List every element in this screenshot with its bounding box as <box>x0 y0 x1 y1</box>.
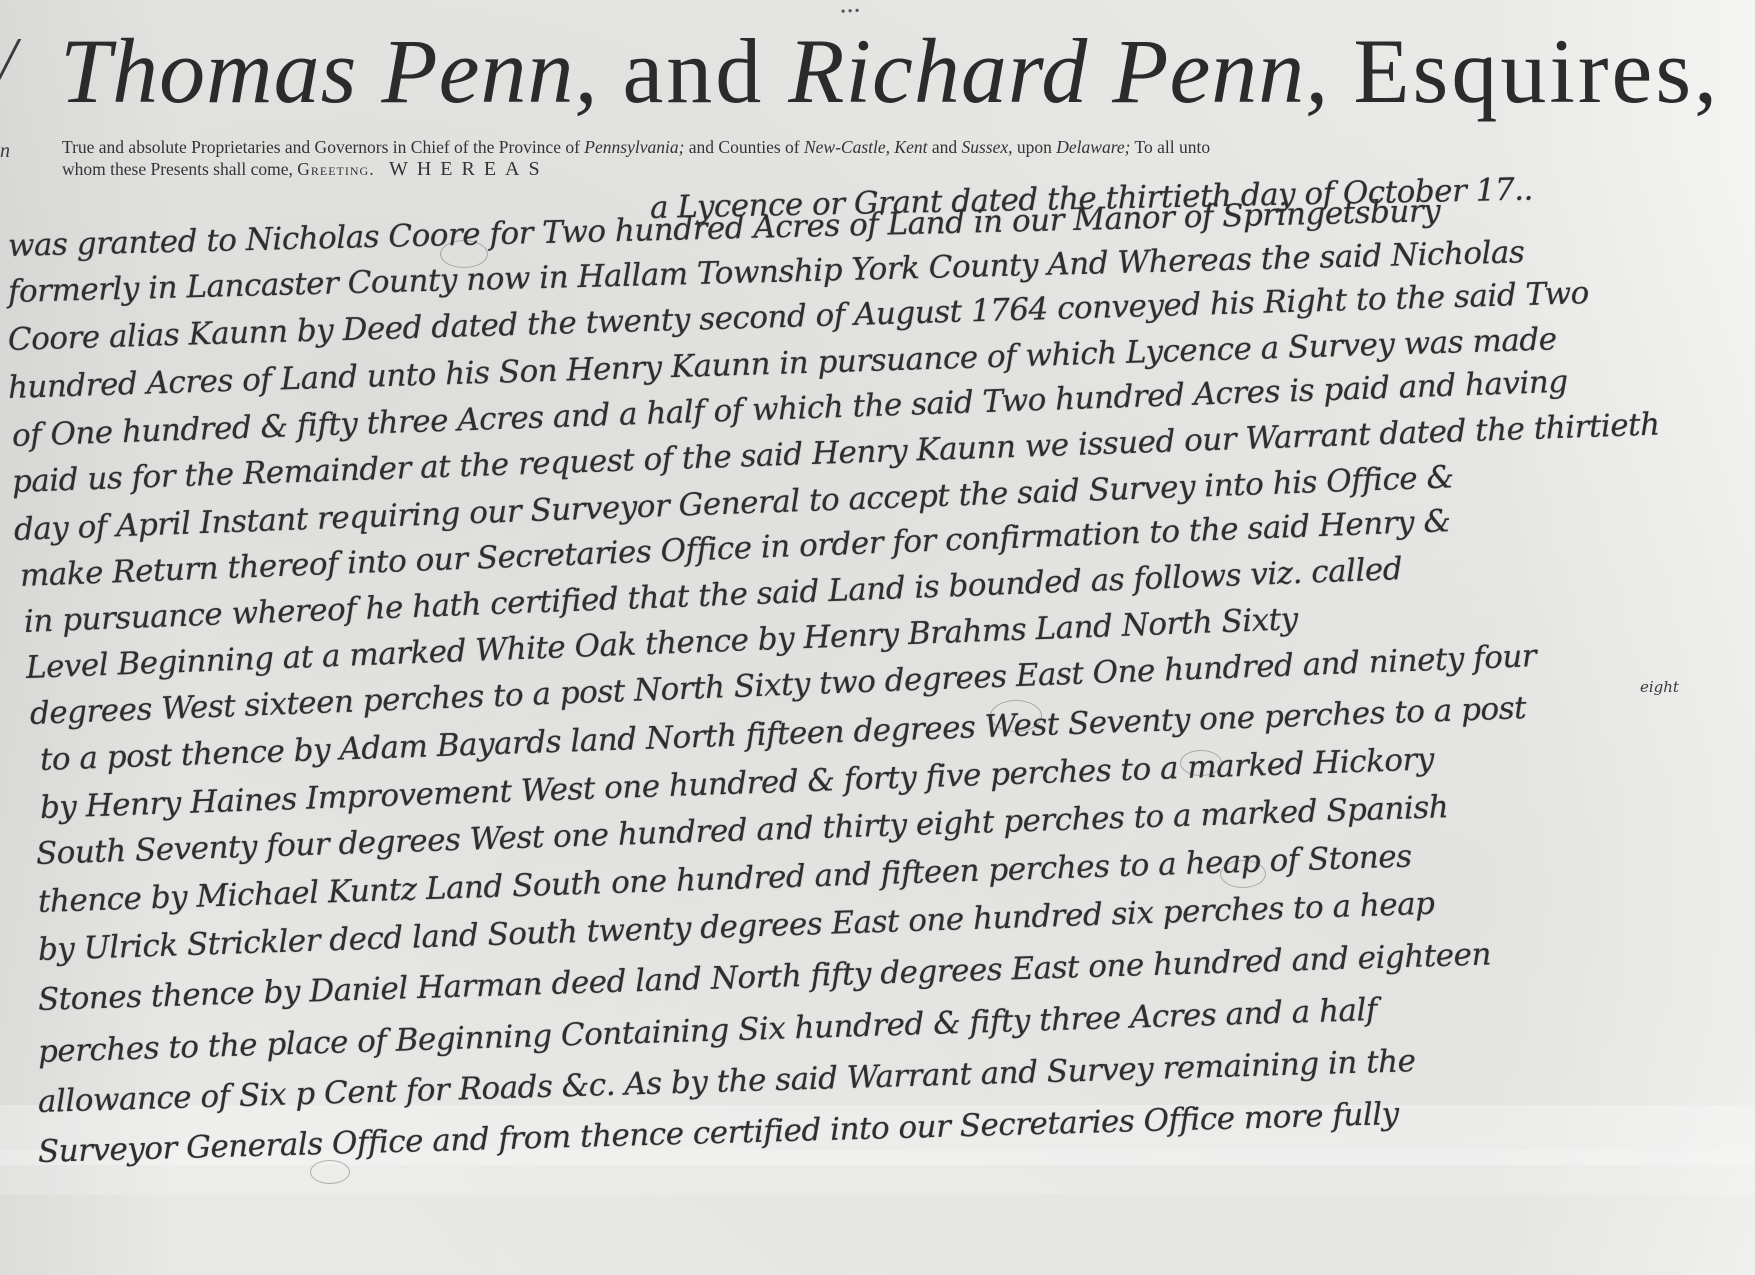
county-kent: Kent <box>894 137 927 157</box>
document-scan: ... / n Thomas Penn, and Richard Penn, E… <box>0 0 1755 1275</box>
ink-flourish <box>1220 860 1266 888</box>
document-header: Thomas Penn, and Richard Penn, Esquires, <box>60 18 1755 124</box>
interlineation: eight <box>1640 678 1679 696</box>
greeting: Greeting. <box>297 159 374 179</box>
county-sussex: Sussex, <box>962 137 1013 157</box>
river-delaware: Delaware; <box>1056 137 1130 157</box>
margin-mark: / <box>0 25 17 94</box>
province-name: Pennsylvania; <box>584 137 684 157</box>
ink-flourish <box>440 240 488 268</box>
margin-mark: n <box>0 140 10 163</box>
ink-flourish <box>1180 750 1222 776</box>
header-conjunction: and <box>622 20 764 122</box>
header-name-richard: Richard Penn, <box>788 20 1329 122</box>
preamble-line-1: True and absolute Proprietaries and Gove… <box>62 136 1682 158</box>
whereas: WHEREAS <box>389 158 549 180</box>
county-newcastle: New-Castle, <box>804 137 890 157</box>
ink-flourish <box>990 700 1042 732</box>
header-name-thomas: Thomas Penn, <box>60 20 598 122</box>
header-title-esquires: Esquires, <box>1353 20 1720 122</box>
ink-flourish <box>310 1160 350 1184</box>
